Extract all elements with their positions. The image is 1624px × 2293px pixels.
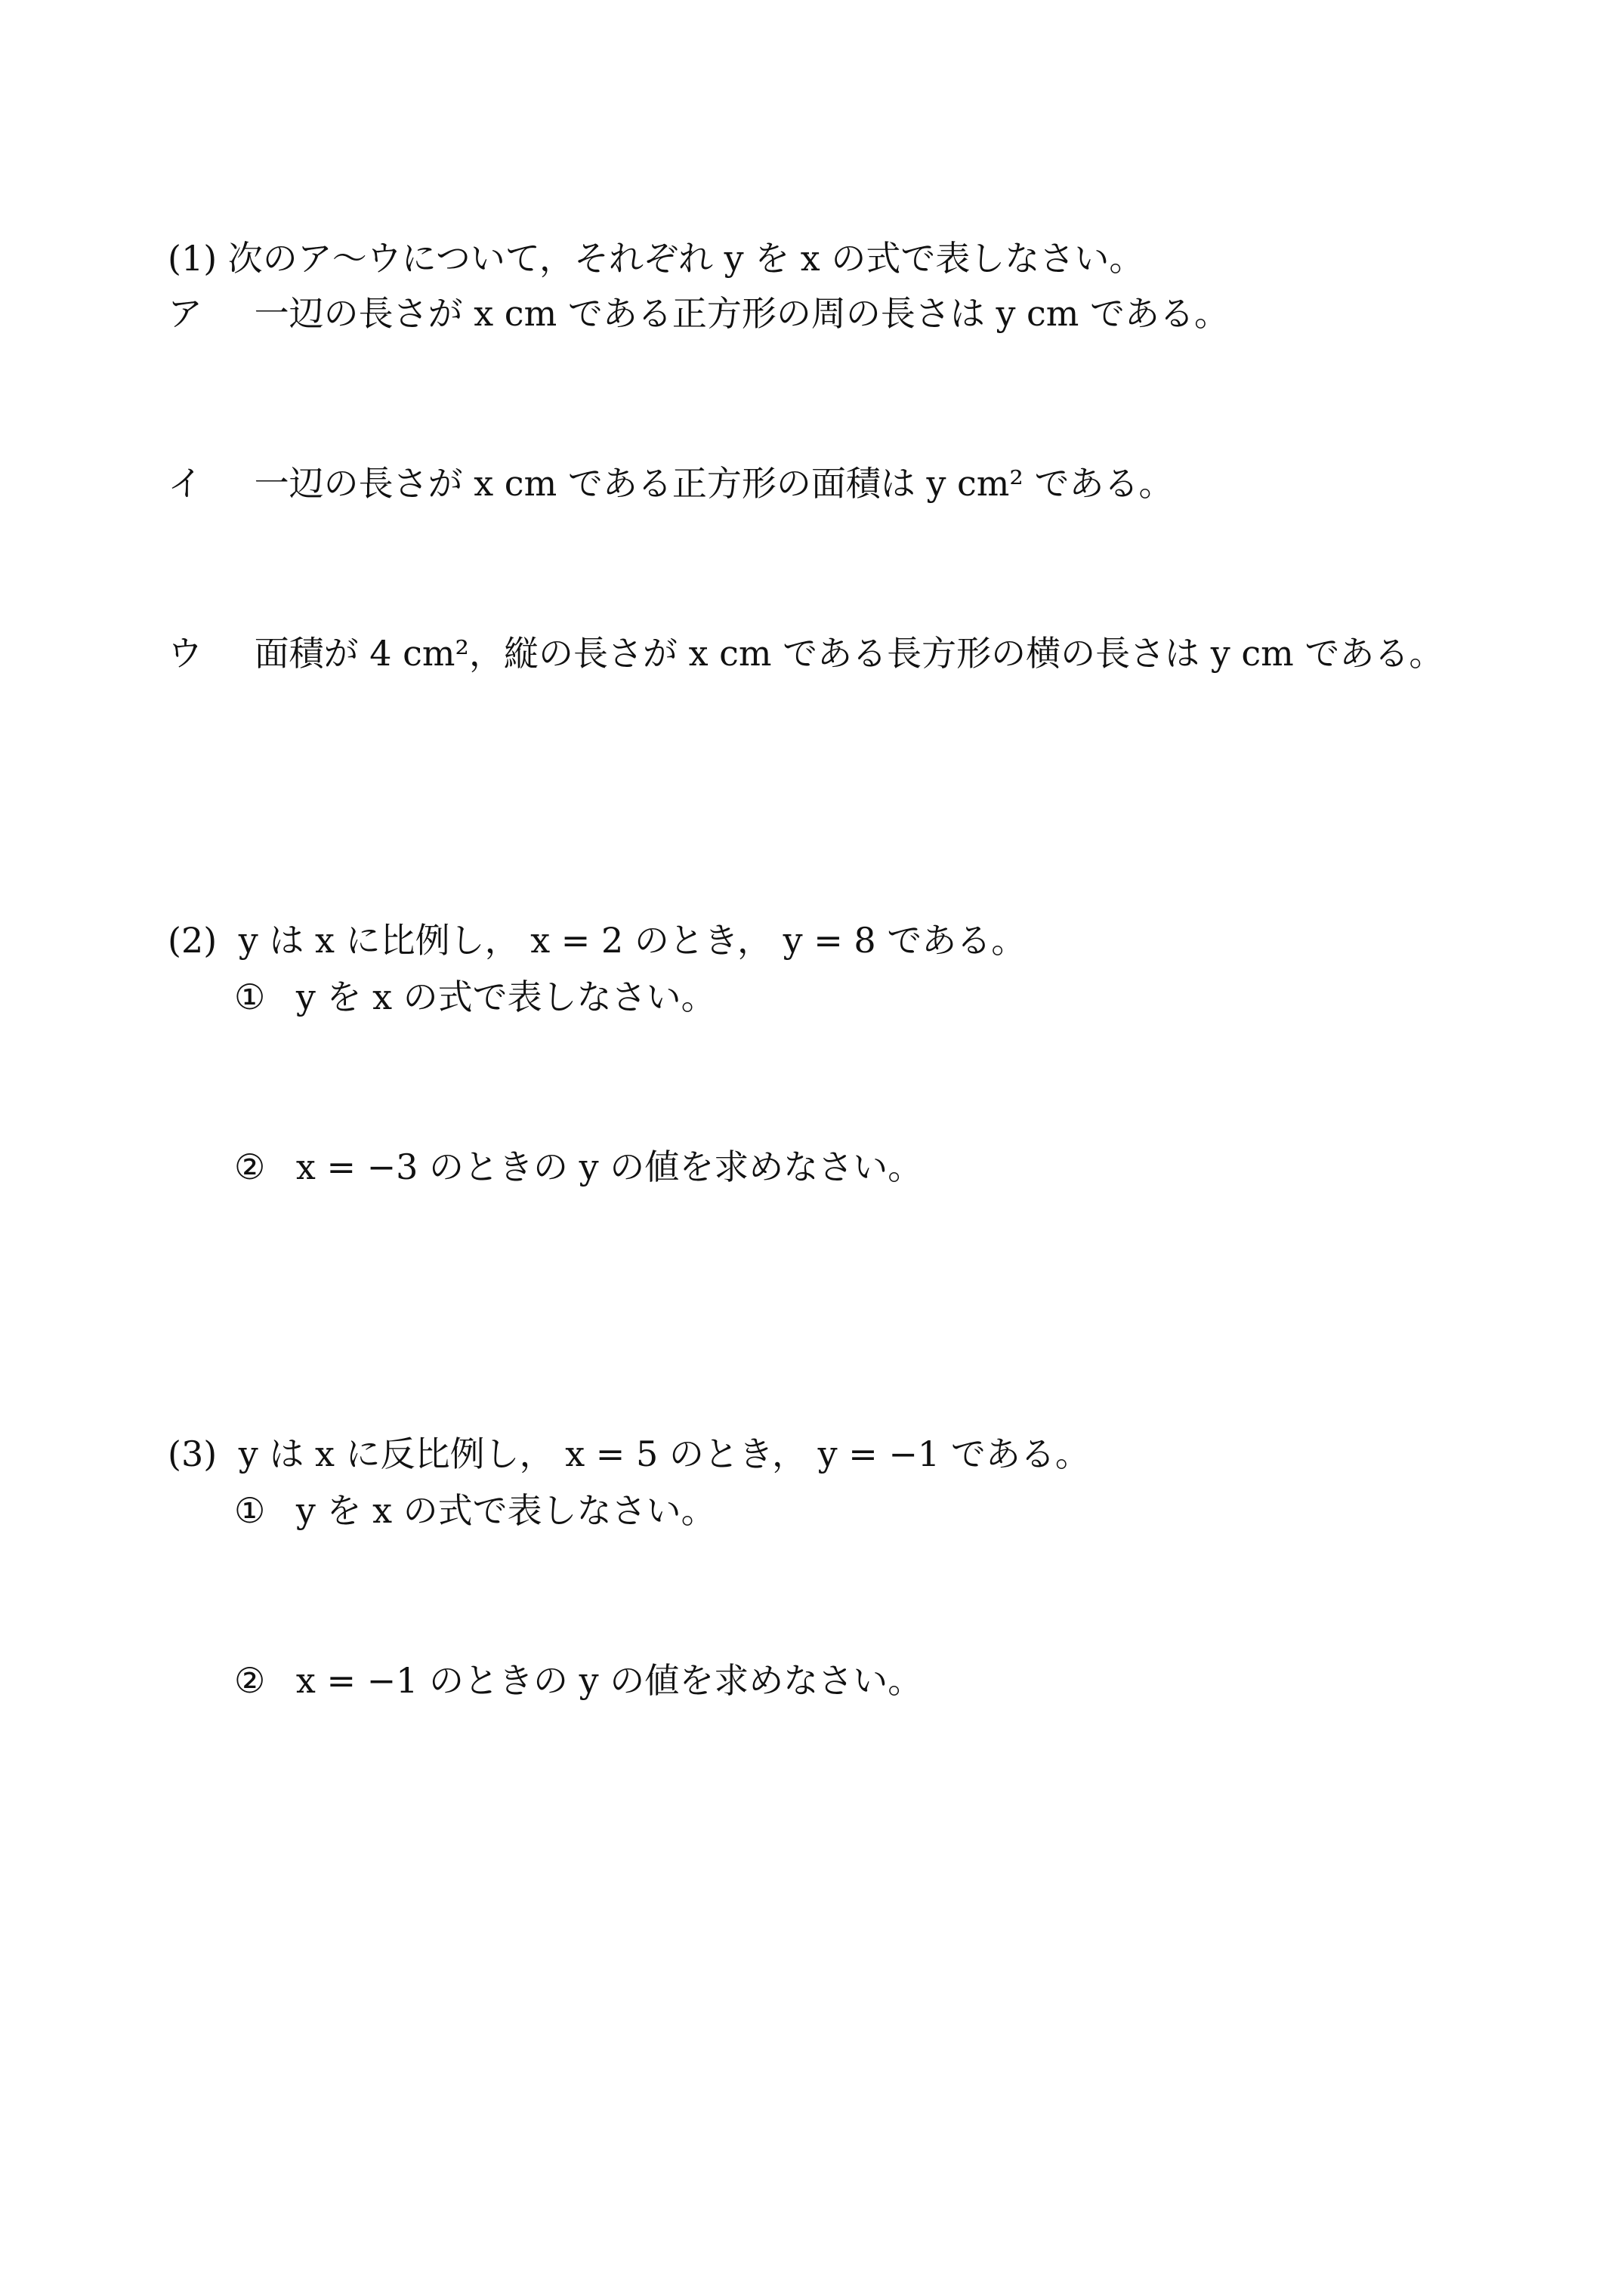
q3-sub-2: ② x = −1 のときの y の値を求めなさい。 (234, 1658, 922, 1703)
q3-label: (3) (168, 1431, 217, 1477)
q2-sub-1-text: y を x の式で表しなさい。 (296, 974, 716, 1020)
q1-instruction-line: (1) 次のア～ウについて，それぞれ y を x の式で表しなさい。 (168, 236, 1144, 281)
q1-item-u-text: 面積が 4 cm²，縦の長さが x cm である長方形の横の長さは y cm で… (255, 631, 1444, 676)
q3-stem-line: (3) y は x に反比例し， x = 5 のとき， y = −1 である。 (168, 1431, 1090, 1477)
q2-sub-2-label: ② (234, 1144, 265, 1190)
q2-sub-2: ② x = −3 のときの y の値を求めなさい。 (234, 1144, 922, 1190)
q1-item-a: ア 一辺の長さが x cm である正方形の周の長さは y cm である。 (168, 291, 1229, 336)
q2-stem: y は x に比例し， x = 2 のとき， y = 8 である。 (239, 918, 1026, 963)
q2-stem-line: (2) y は x に比例し， x = 2 のとき， y = 8 である。 (168, 918, 1026, 963)
q1-item-a-text: 一辺の長さが x cm である正方形の周の長さは y cm である。 (255, 291, 1229, 336)
q3-sub-1: ① y を x の式で表しなさい。 (234, 1488, 716, 1533)
q2-label: (2) (168, 918, 217, 963)
q1-item-a-label: ア (168, 291, 243, 336)
q1-item-u: ウ 面積が 4 cm²，縦の長さが x cm である長方形の横の長さは y cm… (168, 631, 1443, 676)
q3-stem: y は x に反比例し， x = 5 のとき， y = −1 である。 (239, 1431, 1090, 1477)
q1-item-i-label: イ (168, 461, 243, 506)
q3-sub-1-label: ① (234, 1488, 265, 1533)
q2-sub-1-label: ① (234, 974, 265, 1020)
q3-sub-2-label: ② (234, 1658, 265, 1703)
q3-sub-1-text: y を x の式で表しなさい。 (296, 1488, 716, 1533)
q3-sub-2-text: x = −1 のときの y の値を求めなさい。 (296, 1658, 922, 1703)
q1-item-i-text: 一辺の長さが x cm である正方形の面積は y cm² である。 (255, 461, 1174, 506)
q1-instruction: 次のア～ウについて，それぞれ y を x の式で表しなさい。 (228, 236, 1144, 281)
q1-item-u-label: ウ (168, 631, 243, 676)
q1-label: (1) (168, 236, 217, 281)
q2-sub-2-text: x = −3 のときの y の値を求めなさい。 (296, 1144, 922, 1190)
q2-sub-1: ① y を x の式で表しなさい。 (234, 974, 716, 1020)
q1-item-i: イ 一辺の長さが x cm である正方形の面積は y cm² である。 (168, 461, 1174, 506)
